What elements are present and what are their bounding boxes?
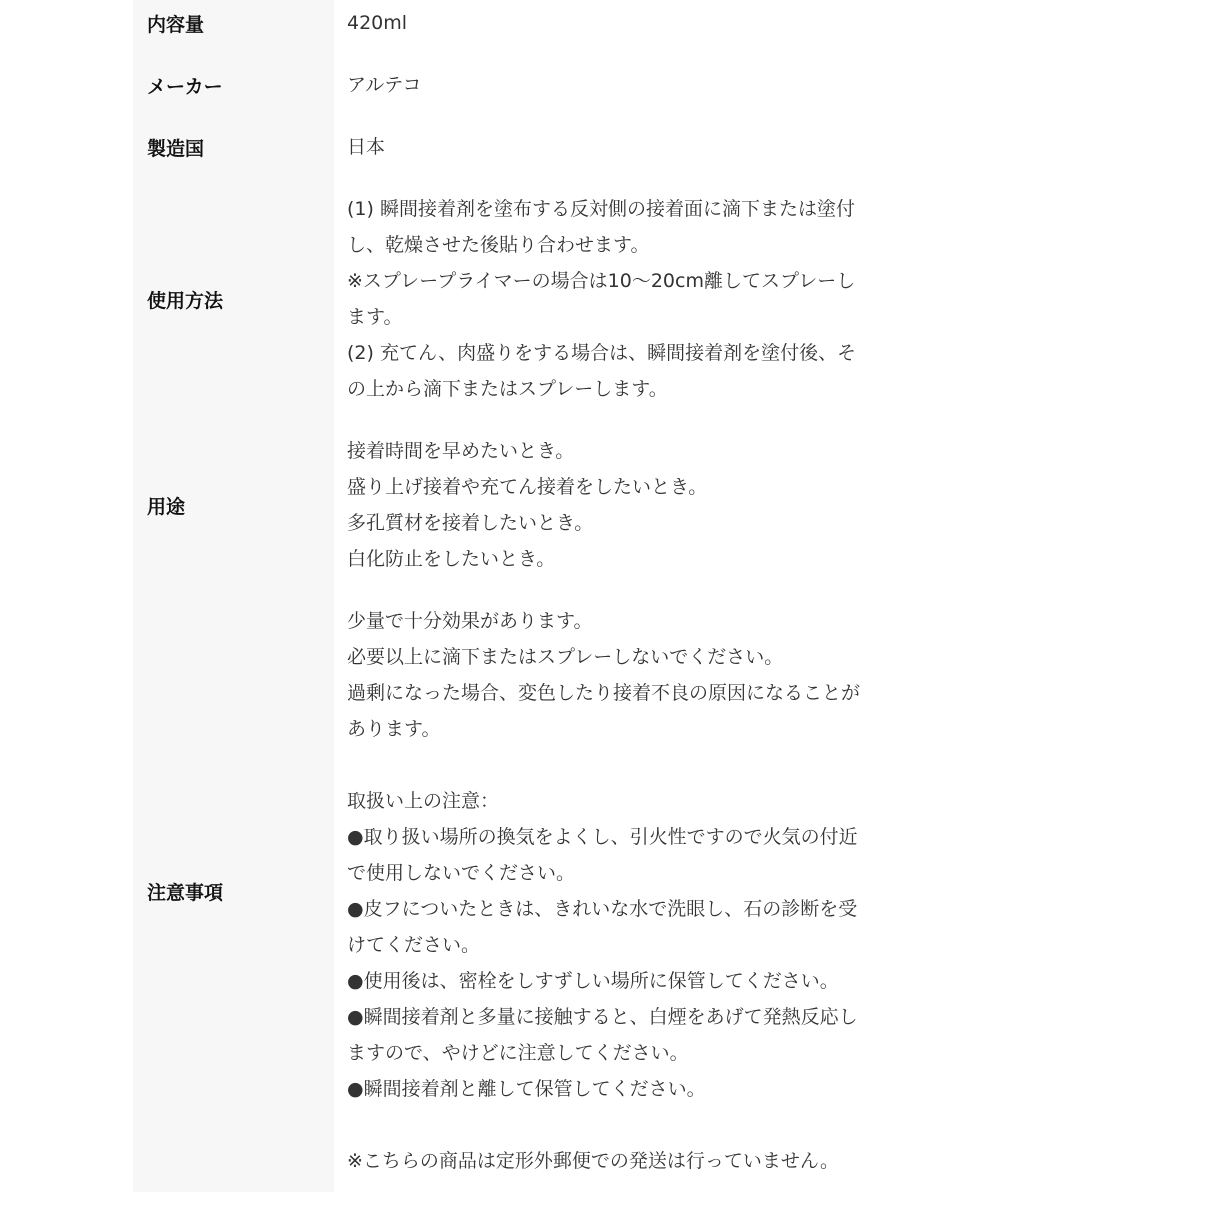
spec-label-caution: 注意事項 xyxy=(133,590,334,1192)
caution-line: 過剰になった場合、変色したり接着不良の原因になることが xyxy=(347,675,933,711)
spec-row-caution: 注意事項 少量で十分効果があります。 必要以上に滴下またはスプレーしないでくださ… xyxy=(133,590,933,1192)
caution-line: 少量で十分効果があります。 xyxy=(347,603,933,639)
caution-line: ますので、やけどに注意してください。 xyxy=(347,1035,933,1071)
product-spec-table: 内容量 420ml メーカー アルテコ 製造国 日本 使用方法 (1) 瞬間接着… xyxy=(133,0,933,1192)
spec-label-volume: 内容量 xyxy=(133,0,334,54)
usage-line: (2) 充てん、肉盛りをする場合は、瞬間接着剤を塗付後、そ xyxy=(347,335,933,371)
purpose-line: 白化防止をしたいとき。 xyxy=(347,541,933,577)
caution-line: ●使用後は、密栓をしすずしい場所に保管してください。 xyxy=(347,963,933,999)
spec-value-caution: 少量で十分効果があります。 必要以上に滴下またはスプレーしないでください。 過剰… xyxy=(334,590,933,1192)
purpose-line: 盛り上げ接着や充てん接着をしたいとき。 xyxy=(347,469,933,505)
spec-value-country: 日本 xyxy=(334,116,933,178)
shipping-footnote: ※こちらの商品は定形外郵便での発送は行っていません。 xyxy=(347,1143,933,1179)
spec-row-maker: メーカー アルテコ xyxy=(133,54,933,116)
caution-line: けてください。 xyxy=(347,927,933,963)
spec-label-maker: メーカー xyxy=(133,54,334,116)
usage-line: (1) 瞬間接着剤を塗布する反対側の接着面に滴下または塗付 xyxy=(347,191,933,227)
spec-row-country: 製造国 日本 xyxy=(133,116,933,178)
spec-label-country: 製造国 xyxy=(133,116,334,178)
usage-line: ます。 xyxy=(347,299,933,335)
spec-value-purpose: 接着時間を早めたいとき。 盛り上げ接着や充てん接着をしたいとき。 多孔質材を接着… xyxy=(334,420,933,590)
usage-line: の上から滴下またはスプレーします。 xyxy=(347,371,933,407)
spec-value-maker: アルテコ xyxy=(334,54,933,116)
spec-row-usage: 使用方法 (1) 瞬間接着剤を塗布する反対側の接着面に滴下または塗付 し、乾燥さ… xyxy=(133,178,933,420)
caution-line: ●瞬間接着剤と離して保管してください。 xyxy=(347,1071,933,1107)
caution-line: 必要以上に滴下またはスプレーしないでください。 xyxy=(347,639,933,675)
usage-line: し、乾燥させた後貼り合わせます。 xyxy=(347,227,933,263)
spec-label-usage: 使用方法 xyxy=(133,178,334,420)
caution-line: で使用しないでください。 xyxy=(347,855,933,891)
caution-line: あります。 xyxy=(347,711,933,747)
caution-line: ●取り扱い場所の換気をよくし、引火性ですので火気の付近 xyxy=(347,819,933,855)
purpose-line: 多孔質材を接着したいとき。 xyxy=(347,505,933,541)
purpose-line: 接着時間を早めたいとき。 xyxy=(347,433,933,469)
handling-heading: 取扱い上の注意： xyxy=(347,783,933,819)
caution-line: ●瞬間接着剤と多量に接触すると、白煙をあげて発熱反応し xyxy=(347,999,933,1035)
spec-value-volume: 420ml xyxy=(334,0,933,54)
spec-row-purpose: 用途 接着時間を早めたいとき。 盛り上げ接着や充てん接着をしたいとき。 多孔質材… xyxy=(133,420,933,590)
spec-row-volume: 内容量 420ml xyxy=(133,0,933,54)
spec-value-usage: (1) 瞬間接着剤を塗布する反対側の接着面に滴下または塗付 し、乾燥させた後貼り… xyxy=(334,178,933,420)
usage-line: ※スプレープライマーの場合は10〜20cm離してスプレーし xyxy=(347,263,933,299)
caution-blank-line xyxy=(347,1107,933,1143)
spec-label-purpose: 用途 xyxy=(133,420,334,590)
caution-blank-line xyxy=(347,747,933,783)
caution-line: ●皮フについたときは、きれいな水で洗眼し、石の診断を受 xyxy=(347,891,933,927)
